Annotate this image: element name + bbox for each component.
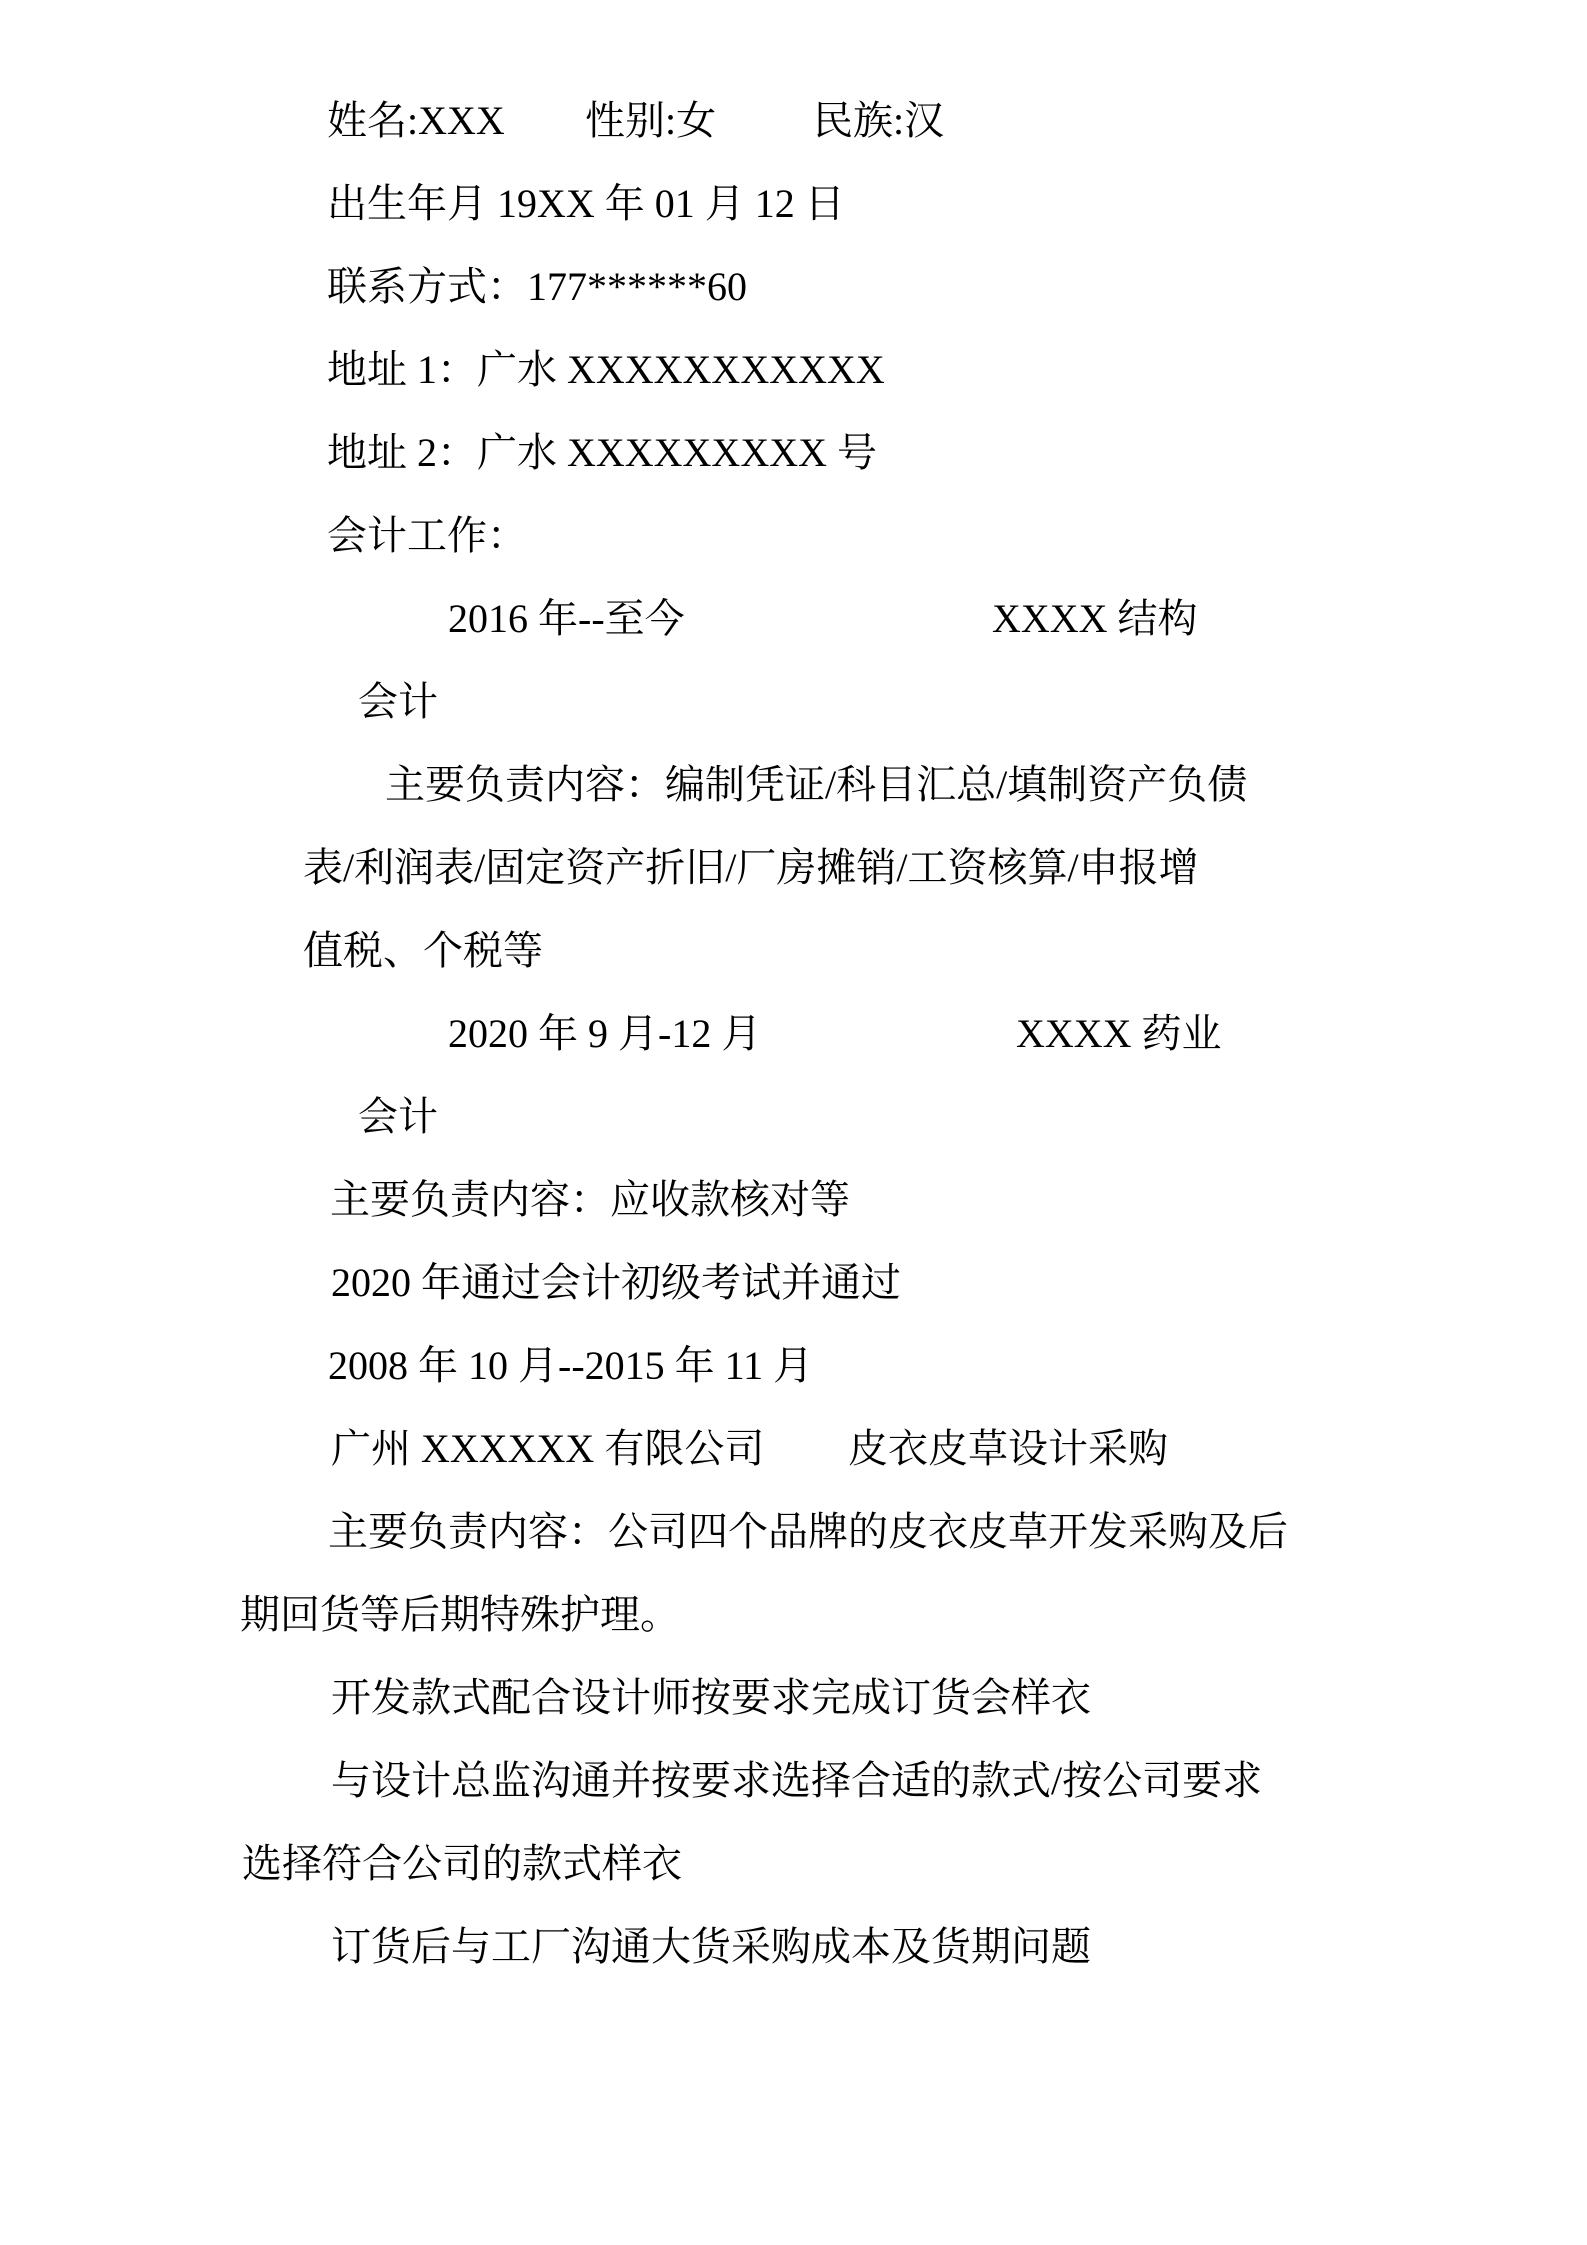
- resume-line-segment: 2016 年--至今: [448, 577, 685, 660]
- resume-line: 表/利润表/固定资产折旧/厂房摊销/工资核算/申报增: [240, 826, 1387, 909]
- resume-content: 姓名:XXX性别:女民族:汉出生年月 19XX 年 01 月 12 日联系方式：…: [240, 79, 1387, 1988]
- resume-line-segment: 广州 XXXXXX 有限公司: [331, 1407, 764, 1490]
- resume-line-segment: 性别:女: [585, 79, 716, 162]
- resume-line: 地址 1：广水 XXXXXXXXXXX: [240, 328, 1387, 411]
- resume-line-text: 出生年月 19XX 年 01 月 12 日: [327, 181, 845, 226]
- resume-line-text: 主要负责内容：公司四个品牌的皮衣皮草开发采购及后: [328, 1509, 1288, 1554]
- resume-line-text: 会计: [358, 1094, 438, 1139]
- resume-line-text: 主要负责内容：编制凭证/科目汇总/填制资产负债: [385, 762, 1247, 807]
- resume-line: 广州 XXXXXX 有限公司皮衣皮草设计采购: [240, 1407, 1387, 1490]
- resume-line-text: 会计工作：: [327, 513, 527, 558]
- resume-line-segment: XXXX 结构: [992, 577, 1198, 660]
- resume-line-text: 值税、个税等: [303, 928, 543, 973]
- resume-line: 值税、个税等: [240, 909, 1387, 992]
- resume-line: 会计工作：: [240, 494, 1387, 577]
- resume-line: 与设计总监沟通并按要求选择合适的款式/按公司要求: [240, 1739, 1387, 1822]
- resume-line-text: 与设计总监沟通并按要求选择合适的款式/按公司要求: [331, 1758, 1262, 1803]
- resume-line: 出生年月 19XX 年 01 月 12 日: [240, 162, 1387, 245]
- resume-line-text: 订货后与工厂沟通大货采购成本及货期问题: [331, 1924, 1091, 1969]
- resume-line-text: 联系方式：177******60: [327, 264, 747, 309]
- resume-line: 开发款式配合设计师按要求完成订货会样衣: [240, 1656, 1387, 1739]
- resume-line-text: 表/利润表/固定资产折旧/厂房摊销/工资核算/申报增: [303, 845, 1199, 890]
- resume-line: 会计: [240, 660, 1387, 743]
- resume-line-segment: 皮衣皮草设计采购: [848, 1407, 1168, 1490]
- resume-line: 联系方式：177******60: [240, 245, 1387, 328]
- resume-line: 选择符合公司的款式样衣: [240, 1822, 1387, 1905]
- resume-line: 订货后与工厂沟通大货采购成本及货期问题: [240, 1905, 1387, 1988]
- resume-line-text: 2020 年通过会计初级考试并通过: [331, 1260, 901, 1305]
- resume-line-text: 会计: [358, 679, 438, 724]
- resume-line-text: 2008 年 10 月--2015 年 11 月: [328, 1343, 813, 1388]
- resume-line-segment: 民族:汉: [813, 79, 944, 162]
- resume-line: 期回货等后期特殊护理。: [240, 1573, 1387, 1656]
- resume-line-segment: 2020 年 9 月-12 月: [448, 992, 761, 1075]
- resume-line-text: 地址 2：广水 XXXXXXXXX 号: [327, 430, 877, 475]
- resume-line: 2016 年--至今XXXX 结构: [240, 577, 1387, 660]
- resume-line: 地址 2：广水 XXXXXXXXX 号: [240, 411, 1387, 494]
- resume-line-text: 地址 1：广水 XXXXXXXXXXX: [327, 347, 885, 392]
- resume-line: 会计: [240, 1075, 1387, 1158]
- resume-line-text: 选择符合公司的款式样衣: [242, 1841, 682, 1886]
- resume-line-segment: XXXX 药业: [1016, 992, 1222, 1075]
- resume-line: 2020 年 9 月-12 月XXXX 药业: [240, 992, 1387, 1075]
- resume-line-text: 期回货等后期特殊护理。: [240, 1592, 680, 1637]
- resume-line: 2008 年 10 月--2015 年 11 月: [240, 1324, 1387, 1407]
- resume-line: 主要负责内容：编制凭证/科目汇总/填制资产负债: [240, 743, 1387, 826]
- resume-page: 姓名:XXX性别:女民族:汉出生年月 19XX 年 01 月 12 日联系方式：…: [0, 0, 1587, 2245]
- resume-line-segment: 姓名:XXX: [327, 79, 505, 162]
- resume-line: 姓名:XXX性别:女民族:汉: [240, 79, 1387, 162]
- resume-line: 主要负责内容：应收款核对等: [240, 1158, 1387, 1241]
- resume-line-text: 主要负责内容：应收款核对等: [330, 1177, 850, 1222]
- resume-line: 2020 年通过会计初级考试并通过: [240, 1241, 1387, 1324]
- resume-line: 主要负责内容：公司四个品牌的皮衣皮草开发采购及后: [240, 1490, 1387, 1573]
- resume-line-text: 开发款式配合设计师按要求完成订货会样衣: [331, 1675, 1091, 1720]
